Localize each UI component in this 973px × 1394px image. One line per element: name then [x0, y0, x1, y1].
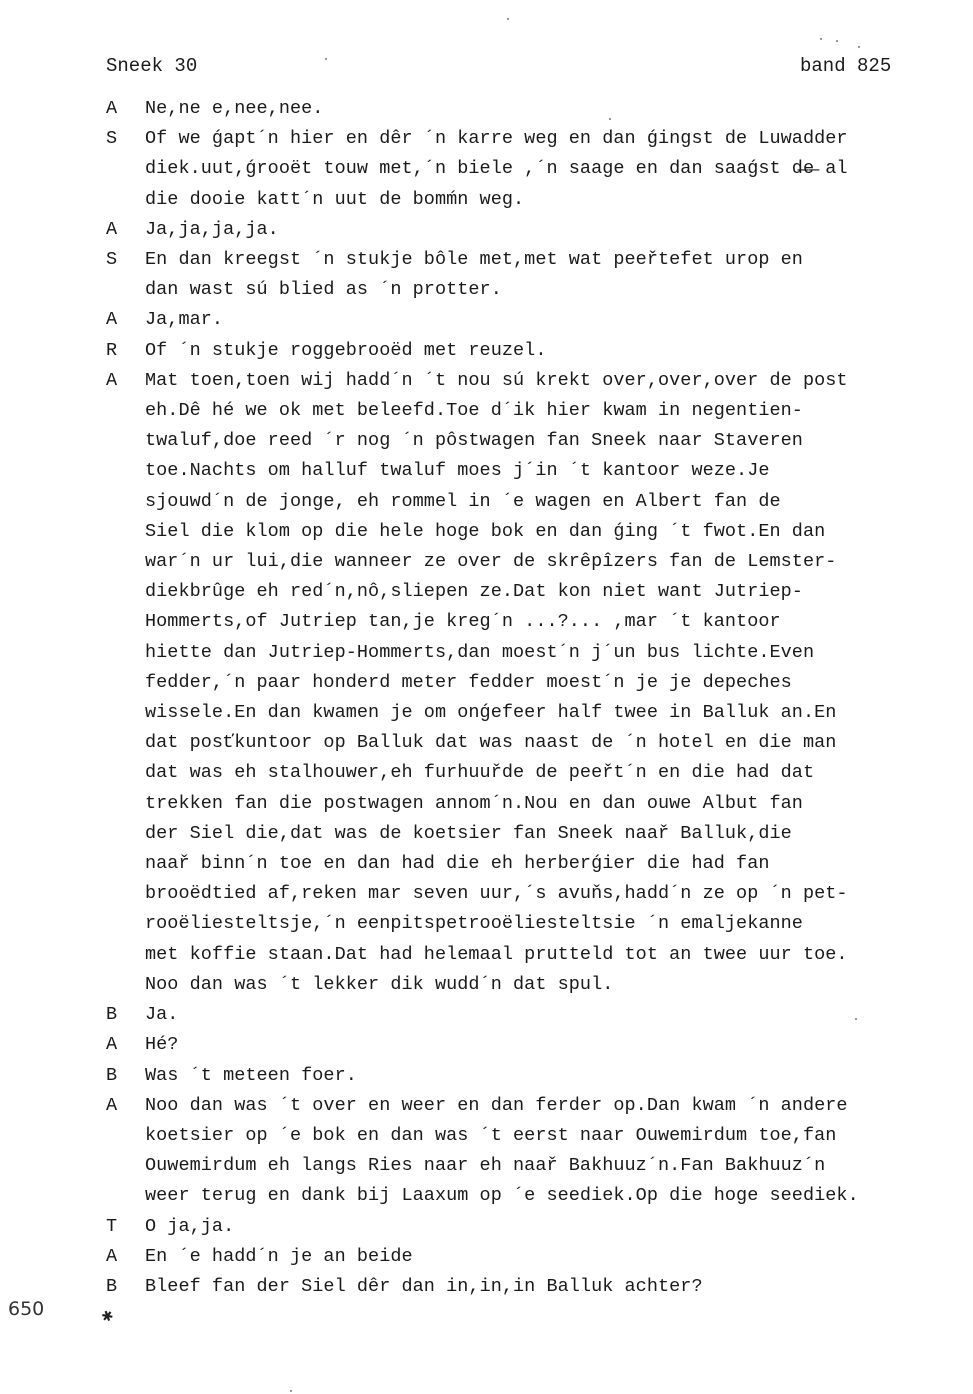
utterance-line: Was ´t meteen foer.	[145, 1061, 946, 1091]
utterance: Ne,ne e,nee,nee.	[145, 94, 946, 124]
ink-scribble-icon: ✱	[99, 1304, 117, 1328]
utterance-line: weer terug en dank bij Laaxum op ´e seed…	[145, 1181, 946, 1211]
paper-speck	[609, 118, 611, 120]
utterance-line: eh.Dê hé we ok met beleefd.Toe d´ik hier…	[145, 396, 946, 426]
utterance-line: O ja,ja.	[145, 1212, 946, 1242]
utterance-line: dan wast sú blied as ´n protter.	[145, 275, 946, 305]
utterance: Bleef fan der Siel dêr dan in,in,in Ball…	[145, 1272, 946, 1302]
utterance-line: En dan kreegst ´n stukje bôle met,met wa…	[145, 245, 946, 275]
transcript-turn: ANe,ne e,nee,nee.	[106, 94, 946, 124]
transcript-turn: ANoo dan was ´t over en weer en dan ferd…	[106, 1091, 946, 1212]
transcript-turn: SEn dan kreegst ´n stukje bôle met,met w…	[106, 245, 946, 305]
speaker-label: A	[106, 1242, 145, 1272]
speaker-label: T	[106, 1212, 145, 1242]
utterance-line: hiette dan Jutriep-Hommerts,dan moest´n …	[145, 638, 946, 668]
transcript-turn: BBleef fan der Siel dêr dan in,in,in Bal…	[106, 1272, 946, 1302]
utterance-line: Hommerts,of Jutriep tan,je kreg´n ...?..…	[145, 607, 946, 637]
utterance-line: Ja.	[145, 1000, 946, 1030]
utterance-line: En ´e hadd´n je an beide	[145, 1242, 946, 1272]
utterance-line: diekbrûge eh red´n,nô,sliepen ze.Dat kon…	[145, 577, 946, 607]
utterance-line: diek.uut,ǵrooët touw met,´n biele ,´n sa…	[145, 154, 946, 184]
utterance-line: twaluf,doe reed ´r nog ´n pôstwagen fan …	[145, 426, 946, 456]
speaker-label: A	[106, 215, 145, 245]
utterance-line: der Siel die,dat was de koetsier fan Sne…	[145, 819, 946, 849]
utterance-line: koetsier op ´e bok en dan was ´t eerst n…	[145, 1121, 946, 1151]
transcript-turn: AJa,mar.	[106, 305, 946, 335]
margin-page-number: 650	[8, 1298, 44, 1320]
utterance-line: Ne,ne e,nee,nee.	[145, 94, 946, 124]
speaker-label: B	[106, 1272, 145, 1302]
speaker-label: S	[106, 124, 145, 215]
speaker-label: B	[106, 1061, 145, 1091]
transcript: ANe,ne e,nee,nee.SOf we ǵapt´n hier en d…	[106, 94, 946, 1302]
utterance-line: sjouwd´n de jonge, eh rommel in ´e wagen…	[145, 487, 946, 517]
paper-speck	[507, 18, 509, 20]
paper-speck	[325, 58, 327, 60]
paper-speck	[820, 38, 822, 40]
transcript-turn: AMat toen,toen wij hadd´n ´t nou sú krek…	[106, 366, 946, 1000]
document-page: Sneek 30 band 825 ANe,ne e,nee,nee.SOf w…	[0, 0, 973, 1394]
utterance-line: brooëdtied af,reken mar seven uur,´s avu…	[145, 879, 946, 909]
transcript-turn: AHé?	[106, 1030, 946, 1060]
utterance-line: Of we ǵapt´n hier en dêr ´n karre weg en…	[145, 124, 946, 154]
utterance-line: Noo dan was ´t over en weer en dan ferde…	[145, 1091, 946, 1121]
utterance-line: dat was eh stalhouwer,eh furhuuřde de pe…	[145, 758, 946, 788]
utterance-line: trekken fan die postwagen annom´n.Nou en…	[145, 789, 946, 819]
utterance-line: dat posťkuntoor op Balluk dat was naast …	[145, 728, 946, 758]
speaker-label: A	[106, 94, 145, 124]
utterance-line: Mat toen,toen wij hadd´n ´t nou sú krekt…	[145, 366, 946, 396]
speaker-label: A	[106, 1091, 145, 1212]
paper-speck	[290, 1390, 292, 1392]
utterance: Hé?	[145, 1030, 946, 1060]
utterance-line: Siel die klom op die hele hoge bok en da…	[145, 517, 946, 547]
paper-speck	[855, 1018, 857, 1020]
utterance-line: naař binn´n toe en dan had die eh herber…	[145, 849, 946, 879]
transcript-turn: AJa,ja,ja,ja.	[106, 215, 946, 245]
speaker-label: A	[106, 1030, 145, 1060]
utterance: O ja,ja.	[145, 1212, 946, 1242]
utterance: Noo dan was ´t over en weer en dan ferde…	[145, 1091, 946, 1212]
transcript-turn: ROf ´n stukje roggebrooëd met reuzel.	[106, 336, 946, 366]
utterance: En ´e hadd´n je an beide	[145, 1242, 946, 1272]
utterance: Mat toen,toen wij hadd´n ´t nou sú krekt…	[145, 366, 946, 1000]
paper-speck	[858, 46, 860, 48]
utterance: Of ´n stukje roggebrooëd met reuzel.	[145, 336, 946, 366]
utterance: Of we ǵapt´n hier en dêr ´n karre weg en…	[145, 124, 946, 215]
utterance: Was ´t meteen foer.	[145, 1061, 946, 1091]
transcript-turn: TO ja,ja.	[106, 1212, 946, 1242]
band-number: band 825	[800, 55, 891, 77]
utterance-line: Bleef fan der Siel dêr dan in,in,in Ball…	[145, 1272, 946, 1302]
utterance-line: fedder,´n paar honderd meter fedder moes…	[145, 668, 946, 698]
transcript-turn: SOf we ǵapt´n hier en dêr ´n karre weg e…	[106, 124, 946, 215]
utterance-line: rooëliesteltsje,´n eenpitspetrooëliestel…	[145, 909, 946, 939]
speaker-label: A	[106, 366, 145, 1000]
utterance-line: war´n ur lui,die wanneer ze over de skrê…	[145, 547, 946, 577]
utterance-line: Of ´n stukje roggebrooëd met reuzel.	[145, 336, 946, 366]
utterance-line: Ouwemirdum eh langs Ries naar eh naař Ba…	[145, 1151, 946, 1181]
paper-speck	[836, 40, 838, 42]
utterance-line: Noo dan was ´t lekker dik wudd´n dat spu…	[145, 970, 946, 1000]
utterance-line: die dooie katt´n uut de bomḿn weg.	[145, 185, 946, 215]
speaker-label: S	[106, 245, 145, 305]
speaker-label: A	[106, 305, 145, 335]
utterance: Ja,ja,ja,ja.	[145, 215, 946, 245]
transcript-turn: BJa.	[106, 1000, 946, 1030]
document-title: Sneek 30	[106, 55, 197, 77]
utterance-line: Hé?	[145, 1030, 946, 1060]
utterance: Ja,mar.	[145, 305, 946, 335]
speaker-label: B	[106, 1000, 145, 1030]
utterance-line: toe.Nachts om halluf twaluf moes j´in ´t…	[145, 456, 946, 486]
transcript-turn: AEn ´e hadd´n je an beide	[106, 1242, 946, 1272]
utterance: En dan kreegst ´n stukje bôle met,met wa…	[145, 245, 946, 305]
utterance: Ja.	[145, 1000, 946, 1030]
utterance-line: wissele.En dan kwamen je om onǵefeer hal…	[145, 698, 946, 728]
speaker-label: R	[106, 336, 145, 366]
utterance-line: Ja,ja,ja,ja.	[145, 215, 946, 245]
transcript-turn: BWas ´t meteen foer.	[106, 1061, 946, 1091]
utterance-line: met koffie staan.Dat had helemaal prutte…	[145, 940, 946, 970]
utterance-line: Ja,mar.	[145, 305, 946, 335]
